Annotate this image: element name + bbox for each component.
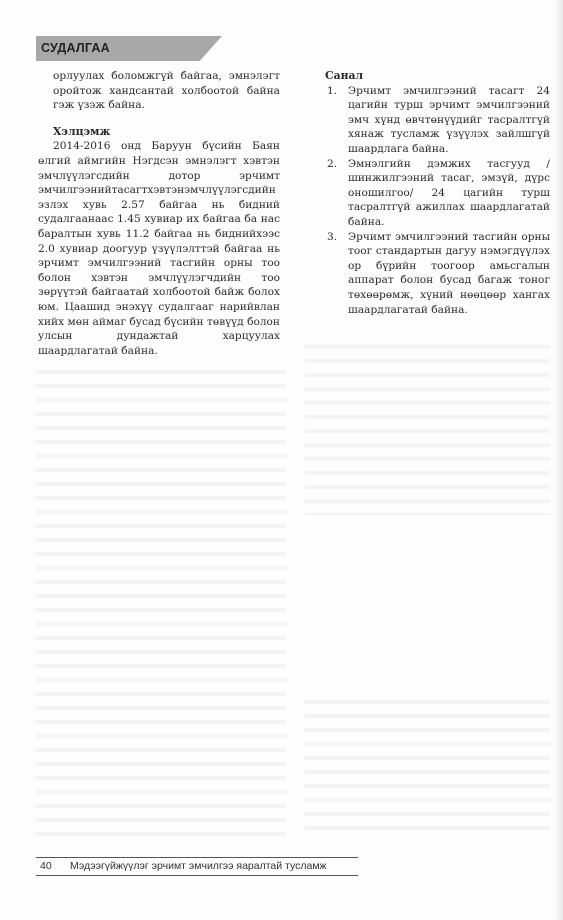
- list-item: 2. Эмнэлгийн дэмжих тасгууд / шинжилгээн…: [325, 157, 550, 230]
- continuation-paragraph: орлуулах боломжгүй байгаа, эмнэлэгт орой…: [38, 69, 280, 113]
- item-number: 2.: [327, 157, 337, 172]
- conclusion-paragraph: 2014-2016 онд Баруун бүсийн Баян өлгий а…: [38, 139, 280, 358]
- item-number: 1.: [327, 84, 337, 99]
- bleed-through-texture: [36, 370, 286, 840]
- list-item: 1. Эрчимт эмчилгээний тасагт 24 цагийн т…: [325, 84, 550, 157]
- conclusion-heading: Хэлцэмж: [38, 125, 280, 140]
- recommendations-list: 1. Эрчимт эмчилгээний тасагт 24 цагийн т…: [325, 84, 550, 318]
- right-column: Санал 1. Эрчимт эмчилгээний тасагт 24 ца…: [325, 69, 550, 317]
- item-text: Эмнэлгийн дэмжих тасгууд / шинжилгээний …: [348, 158, 550, 228]
- section-label: СУДАЛГАА: [41, 41, 110, 55]
- left-column: орлуулах боломжгүй байгаа, эмнэлэгт орой…: [38, 69, 280, 358]
- bleed-through-texture: [305, 345, 550, 515]
- section-banner: СУДАЛГАА: [36, 36, 222, 61]
- bleed-through-texture: [305, 700, 550, 840]
- item-number: 3.: [327, 230, 337, 245]
- list-item: 3. Эрчимт эмчилгээний тасгийн орны тоог …: [325, 230, 550, 318]
- page-edge-shadow: [555, 0, 563, 920]
- recommendations-heading: Санал: [325, 69, 550, 84]
- item-text: Эрчимт эмчилгээний тасагт 24 цагийн турш…: [348, 85, 550, 155]
- page-number: 40: [40, 860, 52, 872]
- page-footer: 40 Мэдээгүйжүүлэг эрчимт эмчилгээ яаралт…: [36, 857, 358, 876]
- item-text: Эрчимт эмчилгээний тасгийн орны тоог ста…: [348, 231, 550, 316]
- journal-title: Мэдээгүйжүүлэг эрчимт эмчилгээ яаралтай …: [70, 860, 327, 872]
